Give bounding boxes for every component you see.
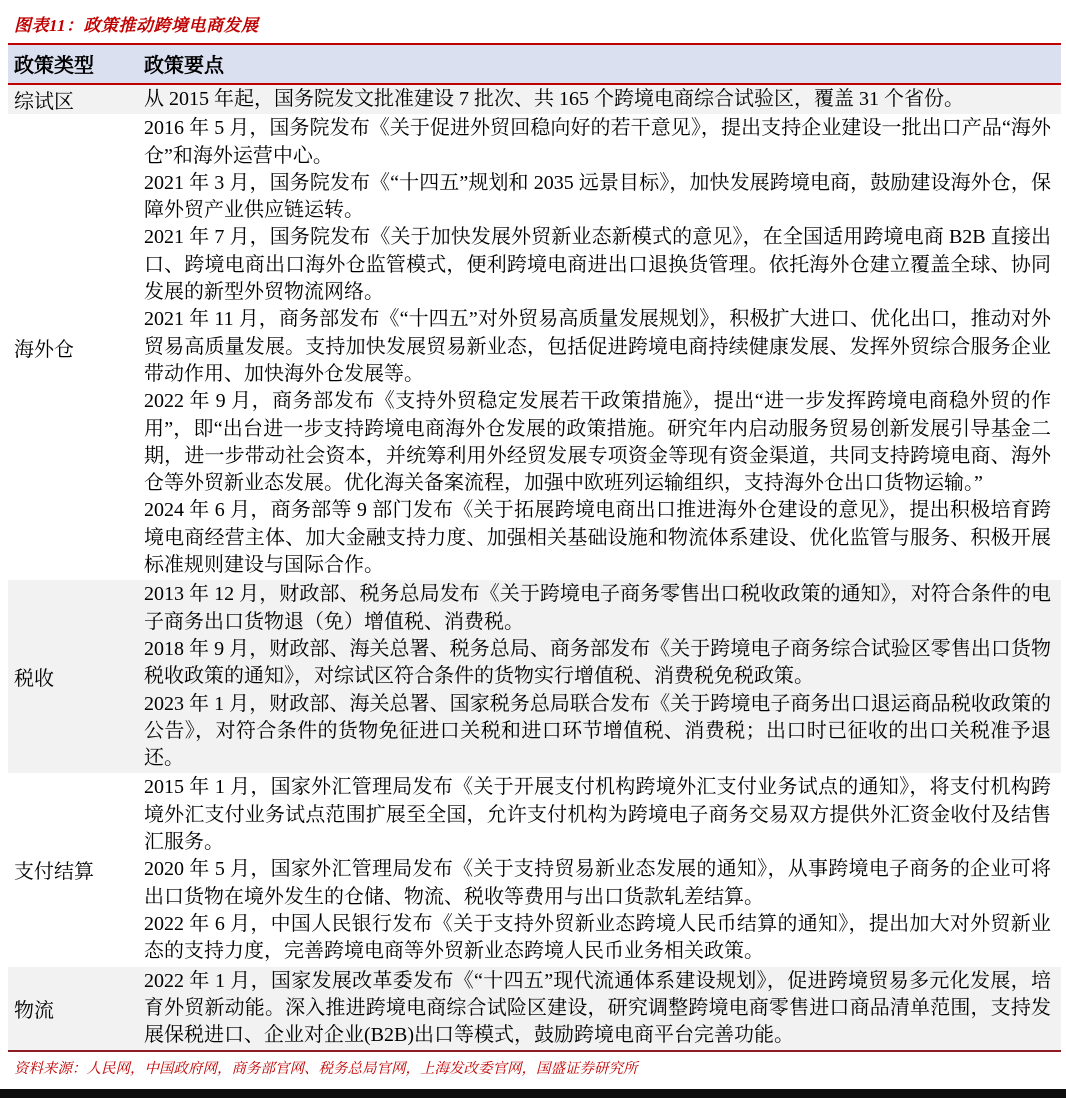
policy-item: 2023 年 1 月，财政部、海关总署、国家税务总局联合发布《关于跨境电子商务出… xyxy=(144,691,1051,773)
source-note: 资料来源：人民网，中国政府网，商务部官网、税务总局官网，上海发改委官网，国盛证券… xyxy=(0,1052,1066,1085)
policy-type-cell: 海外仓 xyxy=(8,114,144,580)
header-policy-points: 政策要点 xyxy=(144,49,1061,78)
policy-item: 从 2015 年起，国务院发文批准建设 7 批次、共 165 个跨境电商综合试验… xyxy=(144,86,1051,113)
table-header-row: 政策类型 政策要点 xyxy=(8,45,1061,85)
table-row: 税收2013 年 12 月，财政部、税务总局发布《关于跨境电子商务零售出口税收政… xyxy=(8,580,1061,773)
policy-points-cell: 从 2015 年起，国务院发文批准建设 7 批次、共 165 个跨境电商综合试验… xyxy=(144,85,1061,114)
policy-item: 2013 年 12 月，财政部、税务总局发布《关于跨境电子商务零售出口税收政策的… xyxy=(144,581,1051,636)
figure-title: 图表11：政策推动跨境电商发展 xyxy=(0,0,1066,43)
header-policy-type: 政策类型 xyxy=(8,49,144,78)
table-row: 海外仓2016 年 5 月，国务院发布《关于促进外贸回稳向好的若干意见》，提出支… xyxy=(8,114,1061,580)
policy-item: 2016 年 5 月，国务院发布《关于促进外贸回稳向好的若干意见》，提出支持企业… xyxy=(144,115,1051,170)
policy-points-cell: 2016 年 5 月，国务院发布《关于促进外贸回稳向好的若干意见》，提出支持企业… xyxy=(144,114,1061,580)
policy-points-cell: 2022 年 1 月，国家发展改革委发布《“十四五”现代流通体系建设规划》，促进… xyxy=(144,967,1061,1051)
policy-item: 2022 年 6 月，中国人民银行发布《关于支持外贸新业态跨境人民币结算的通知》… xyxy=(144,911,1051,966)
policy-item: 2021 年 7 月，国务院发布《关于加快发展外贸新业态新模式的意见》，在全国适… xyxy=(144,224,1051,306)
policy-type-cell: 支付结算 xyxy=(8,773,144,966)
table-row: 支付结算2015 年 1 月，国家外汇管理局发布《关于开展支付机构跨境外汇支付业… xyxy=(8,773,1061,966)
page-bottom-edge xyxy=(0,1089,1066,1098)
policy-item: 2024 年 6 月，商务部等 9 部门发布《关于拓展跨境电商出口推进海外仓建设… xyxy=(144,497,1051,579)
policy-item: 2022 年 9 月，商务部发布《支持外贸稳定发展若干政策措施》，提出“进一步发… xyxy=(144,388,1051,497)
policy-type-cell: 物流 xyxy=(8,967,144,1051)
policy-item: 2022 年 1 月，国家发展改革委发布《“十四五”现代流通体系建设规划》，促进… xyxy=(144,968,1051,1050)
policy-item: 2015 年 1 月，国家外汇管理局发布《关于开展支付机构跨境外汇支付业务试点的… xyxy=(144,774,1051,856)
policy-points-cell: 2013 年 12 月，财政部、税务总局发布《关于跨境电子商务零售出口税收政策的… xyxy=(144,580,1061,773)
table-row: 综试区从 2015 年起，国务院发文批准建设 7 批次、共 165 个跨境电商综… xyxy=(8,85,1061,114)
policy-item: 2021 年 11 月，商务部发布《“十四五”对外贸易高质量发展规划》，积极扩大… xyxy=(144,306,1051,388)
report-figure-page: 图表11：政策推动跨境电商发展 政策类型 政策要点 综试区从 2015 年起，国… xyxy=(0,0,1066,1098)
table-body: 综试区从 2015 年起，国务院发文批准建设 7 批次、共 165 个跨境电商综… xyxy=(8,85,1061,1050)
policy-item: 2020 年 5 月，国家外汇管理局发布《关于支持贸易新业态发展的通知》，从事跨… xyxy=(144,856,1051,911)
table-row: 物流2022 年 1 月，国家发展改革委发布《“十四五”现代流通体系建设规划》，… xyxy=(8,967,1061,1051)
policy-points-cell: 2015 年 1 月，国家外汇管理局发布《关于开展支付机构跨境外汇支付业务试点的… xyxy=(144,773,1061,966)
policy-item: 2018 年 9 月，财政部、海关总署、税务总局、商务部发布《关于跨境电子商务综… xyxy=(144,636,1051,691)
policy-type-cell: 税收 xyxy=(8,580,144,773)
policy-table: 政策类型 政策要点 综试区从 2015 年起，国务院发文批准建设 7 批次、共 … xyxy=(8,43,1061,1052)
policy-type-cell: 综试区 xyxy=(8,85,144,114)
policy-item: 2021 年 3 月，国务院发布《“十四五”规划和 2035 远景目标》，加快发… xyxy=(144,170,1051,225)
